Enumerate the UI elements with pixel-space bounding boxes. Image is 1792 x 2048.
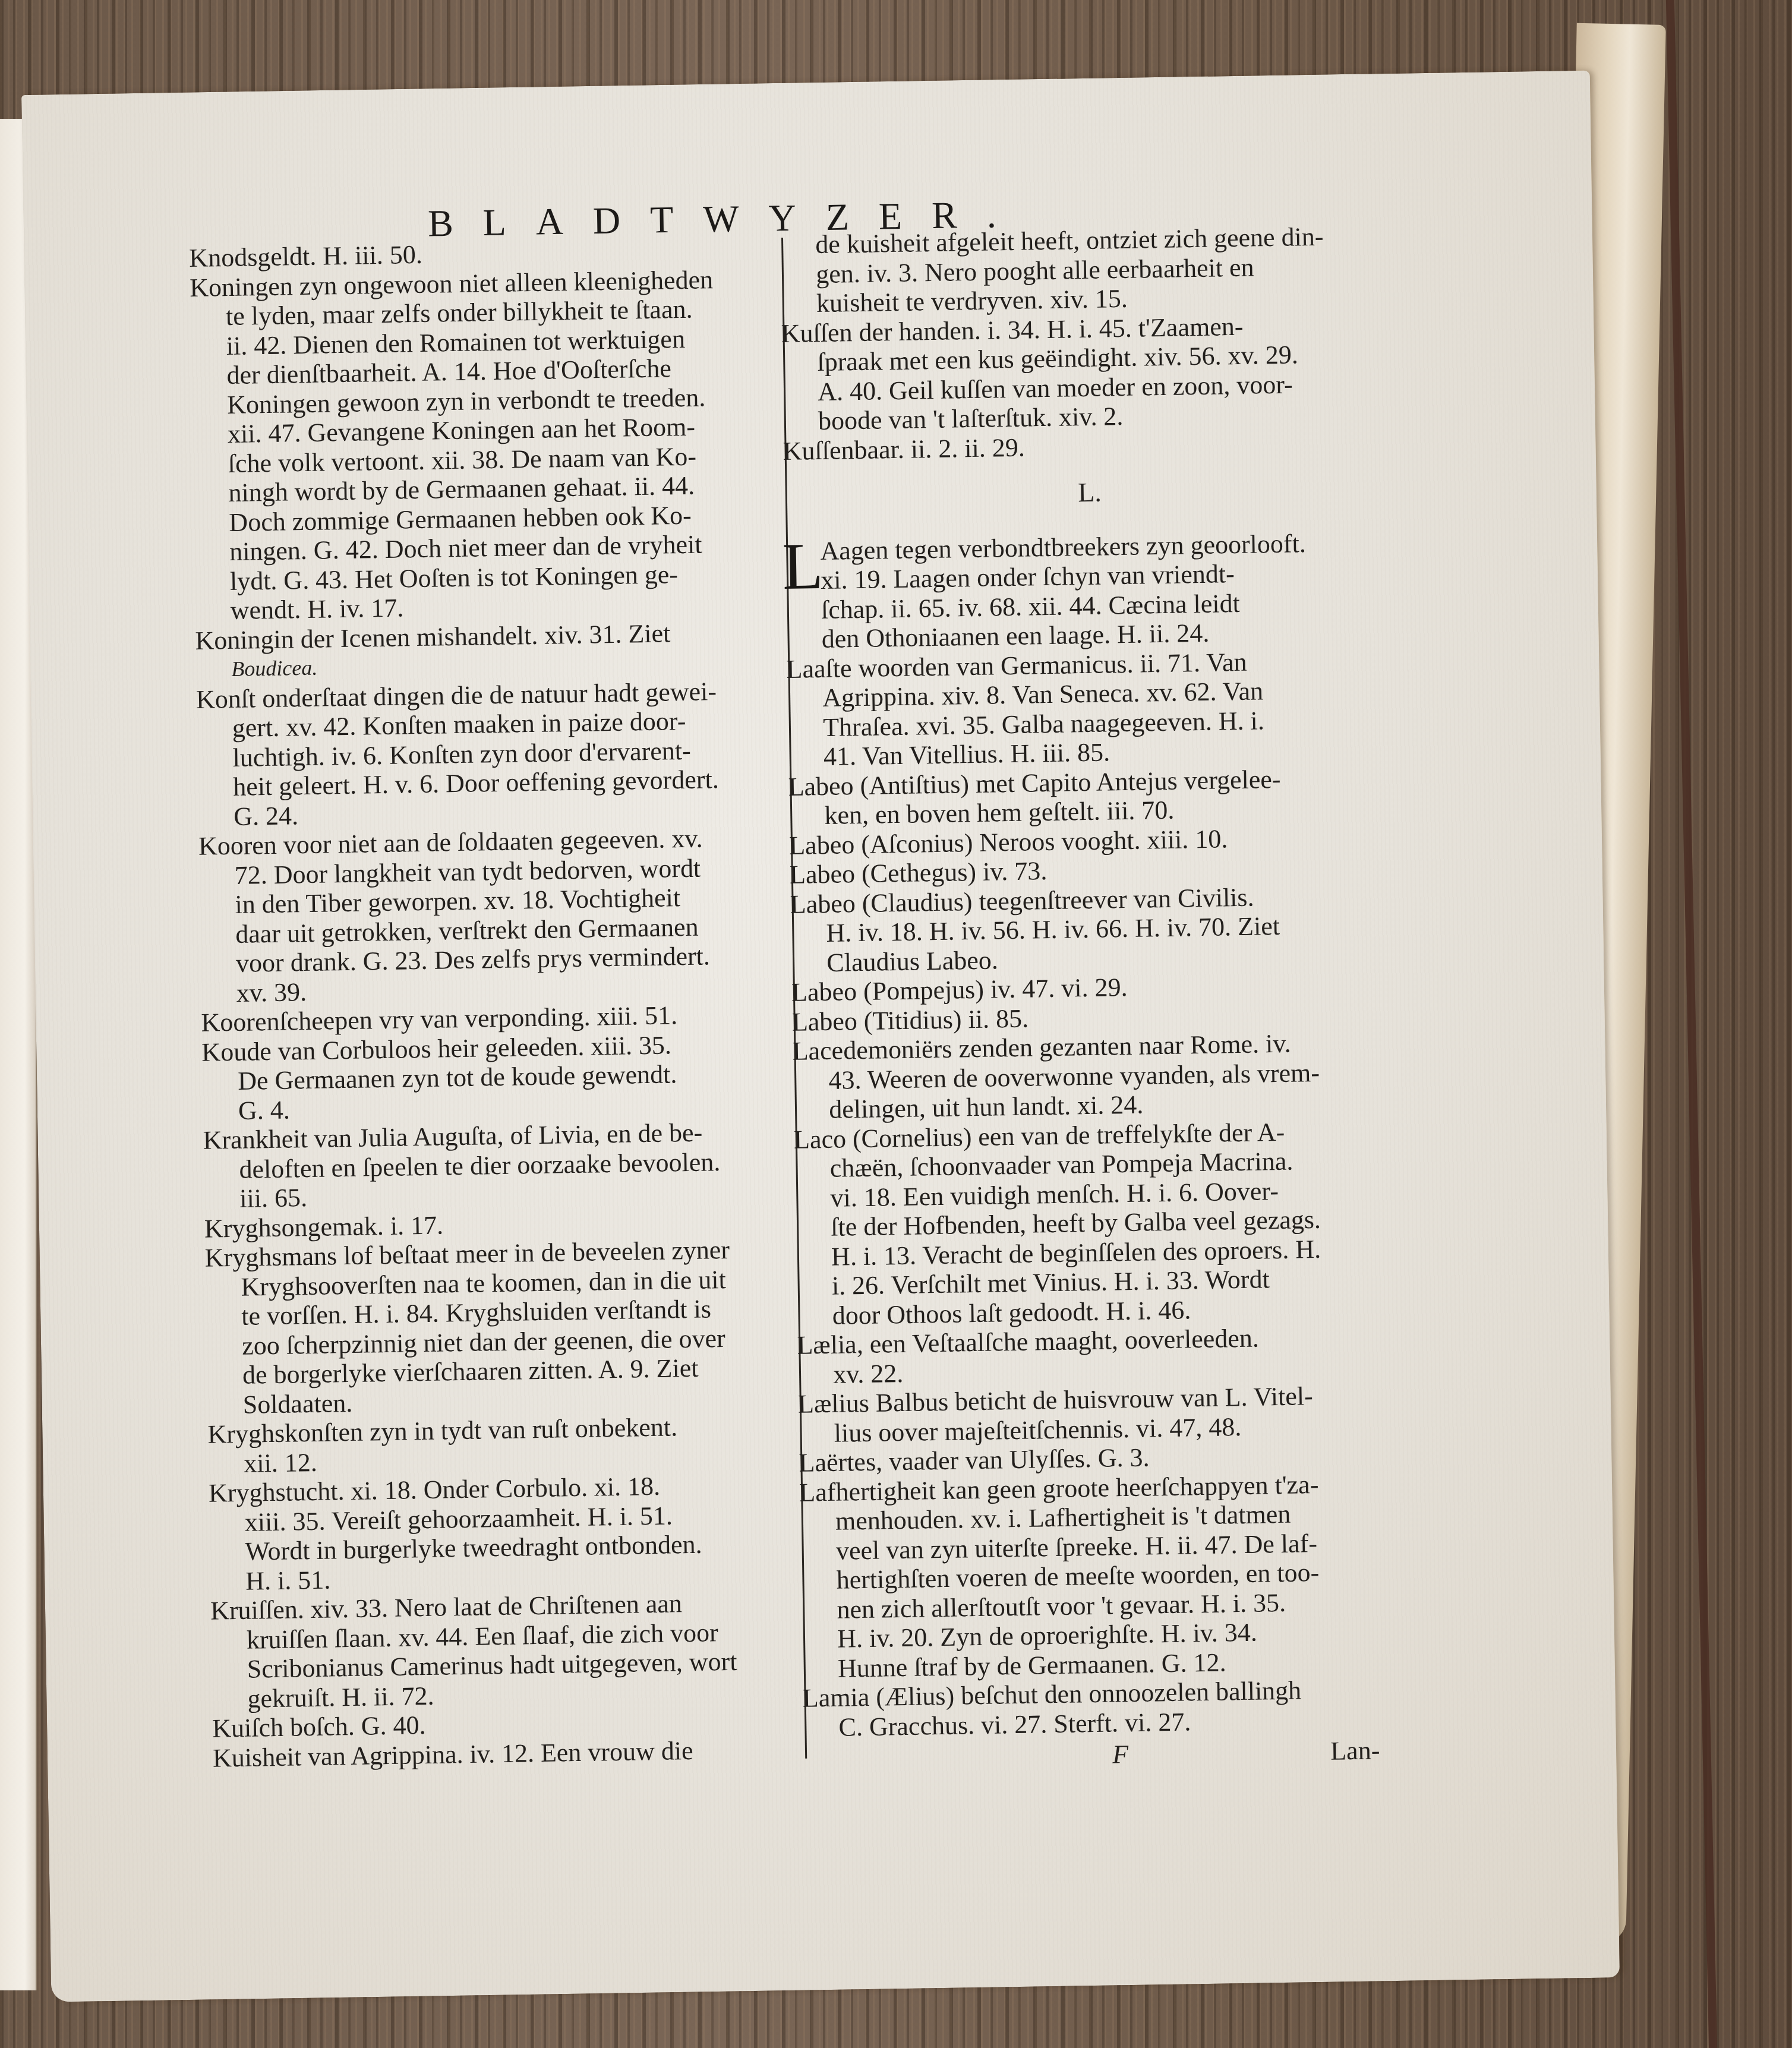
drop-capital: L <box>782 536 824 596</box>
left-column: Knodsgeldt. H. iii. 50.Koningen zyn onge… <box>189 234 813 1773</box>
section-letter-heading: L. <box>784 473 1396 512</box>
l-section: L Aagen tegen verbondtbreekers zyn geoor… <box>784 527 1415 1742</box>
catchword: Lan- <box>1330 1735 1380 1766</box>
right-column-l-entries: Aagen tegen verbondtbreekers zyn geoorlo… <box>784 527 1415 1742</box>
right-column-k-entries: de kuisheit afgeleit heeft, ontziet zich… <box>780 221 1395 466</box>
table-wood-seam <box>1666 0 1717 2048</box>
signature-mark: F <box>1112 1740 1129 1769</box>
right-column: de kuisheit afgeleit heeft, ontziet zich… <box>780 221 1416 1781</box>
